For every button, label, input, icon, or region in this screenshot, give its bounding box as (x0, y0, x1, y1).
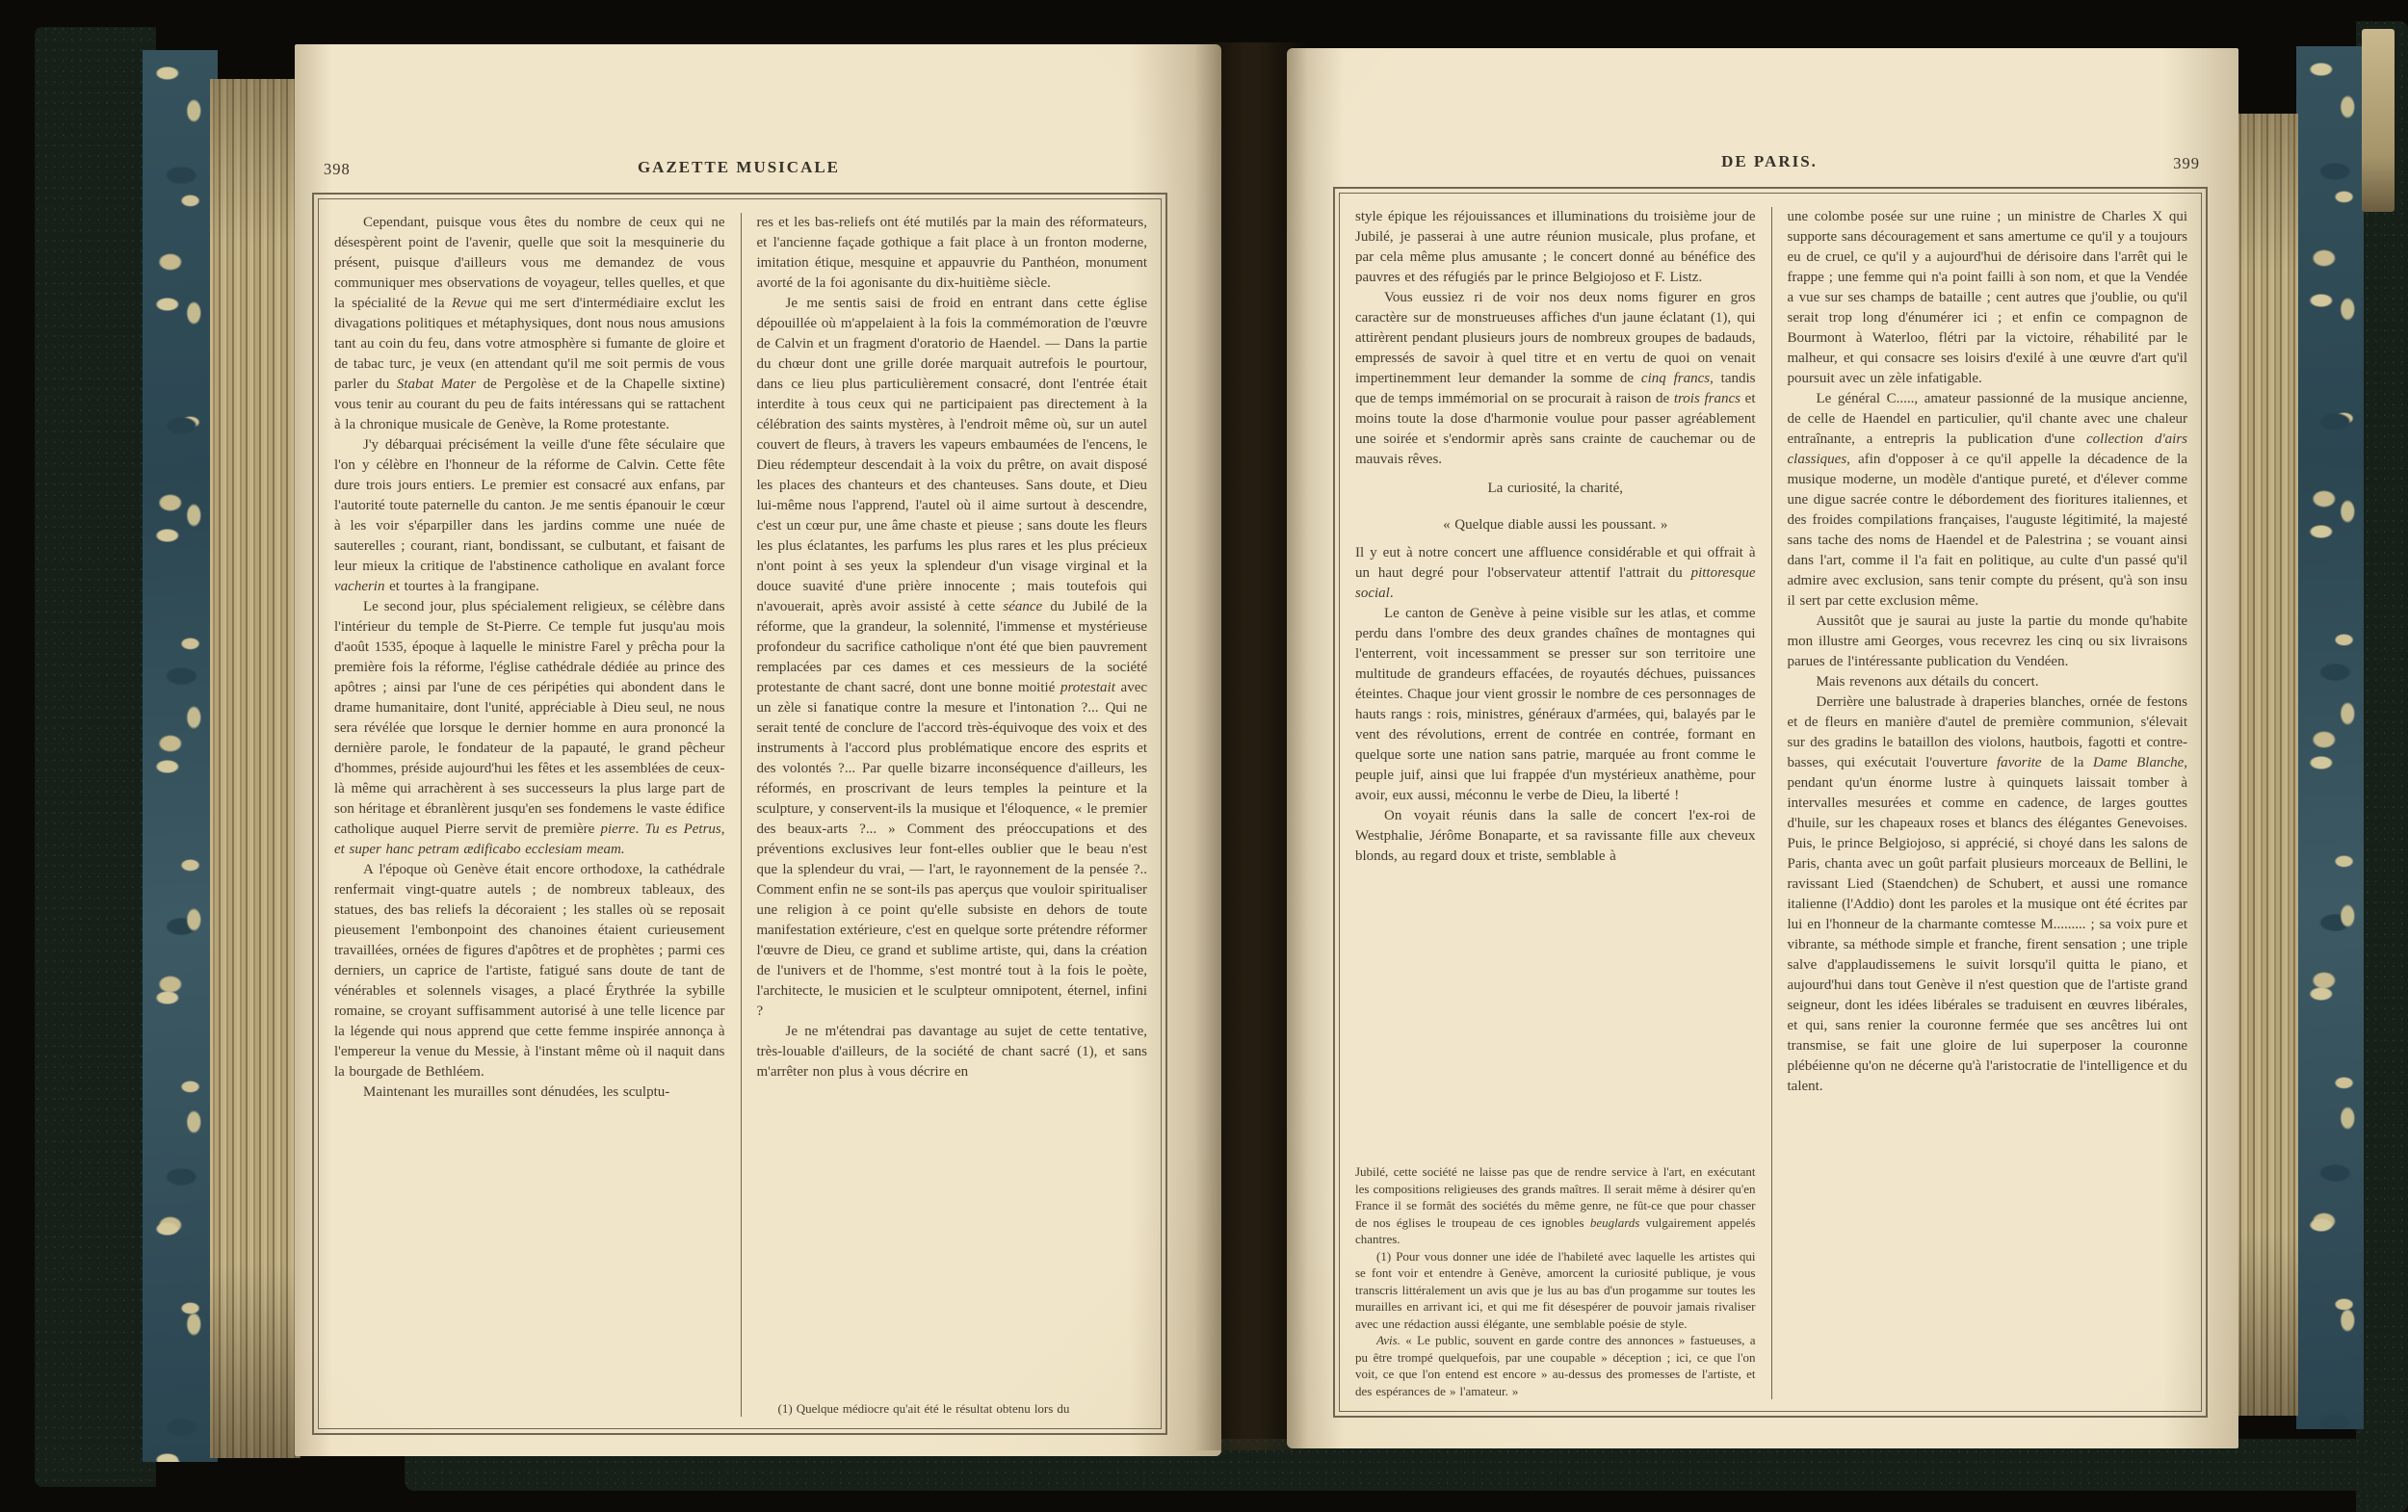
paragraph: Avis. « Le public, souvent en garde cont… (1355, 1332, 1756, 1399)
right-page-text-frame: style épique les réjouissances et illumi… (1339, 193, 2202, 1412)
book-cover-right (2356, 21, 2408, 1512)
paragraph: « Quelque diable aussi les poussant. » (1355, 515, 1756, 535)
marbled-board-left (143, 50, 218, 1462)
paragraph: Le second jour, plus spécialement religi… (334, 597, 725, 860)
left-running-title: GAZETTE MUSICALE (318, 158, 1160, 177)
paragraph: Cependant, puisque vous êtes du nombre d… (334, 213, 725, 435)
text-column-3: style épique les réjouissances et illumi… (1355, 207, 1756, 1399)
paragraph: Je ne m'étendrai pas davantage au sujet … (757, 1022, 1148, 1082)
paragraph: Le général C....., amateur passionné de … (1788, 389, 2188, 612)
paragraph: res et les bas-reliefs ont été mutilés p… (757, 213, 1148, 294)
paragraph: (1) Quelque médiocre qu'ait été le résul… (757, 1387, 1148, 1418)
paragraph: On voyait réunis dans la salle de concer… (1355, 806, 1756, 867)
text-column-2: res et les bas-reliefs ont été mutilés p… (757, 213, 1148, 1417)
right-page-columns: style épique les réjouissances et illumi… (1340, 194, 2201, 1411)
book-scan: { "book": { "left_page": { "page_number"… (0, 0, 2408, 1512)
paragraph: Le canton de Genève à peine visible sur … (1355, 604, 1756, 806)
left-page-columns: Cependant, puisque vous êtes du nombre d… (319, 199, 1161, 1428)
column-rule (741, 213, 742, 1417)
paragraph: Mais revenons aux détails du concert. (1788, 672, 2188, 692)
paragraph: style épique les réjouissances et illumi… (1355, 207, 1756, 288)
book-cover-left (35, 27, 156, 1487)
paragraph: Maintenant les murailles sont dénudées, … (334, 1082, 725, 1103)
paragraph: Je me sentis saisi de froid en entrant d… (757, 294, 1148, 1022)
paragraph: (1) Pour vous donner une idée de l'habil… (1355, 1248, 1756, 1333)
left-page-text-frame: Cependant, puisque vous êtes du nombre d… (318, 198, 1162, 1429)
column-rule (1771, 207, 1772, 1399)
paragraph: A l'époque où Genève était encore orthod… (334, 860, 725, 1082)
paragraph: J'y débarquai précisément la veille d'un… (334, 435, 725, 597)
paragraph: Vous eussiez ri de voir nos deux noms fi… (1355, 288, 1756, 470)
paragraph: La curiosité, la charité, (1355, 479, 1756, 499)
paragraph: Aussitôt que je saurai au juste la parti… (1788, 612, 2188, 672)
text-column-1: Cependant, puisque vous êtes du nombre d… (334, 213, 725, 1417)
paragraph: Il y eut à notre concert une affluence c… (1355, 543, 1756, 604)
right-page-number: 399 (1339, 154, 2200, 173)
paragraph: Derrière une balustrade à draperies blan… (1788, 692, 2188, 1097)
text-column-4: une colombe posée sur une ruine ; un min… (1788, 207, 2188, 1399)
page-edges-left (210, 79, 301, 1458)
fore-edge-right (2362, 29, 2395, 212)
paragraph: Jubilé, cette société ne laisse pas que … (1355, 1150, 1756, 1248)
gutter-shadow (1194, 42, 1308, 1450)
page-edges-right (2231, 114, 2298, 1416)
marbled-board-right (2296, 46, 2364, 1429)
paragraph: une colombe posée sur une ruine ; un min… (1788, 207, 2188, 389)
